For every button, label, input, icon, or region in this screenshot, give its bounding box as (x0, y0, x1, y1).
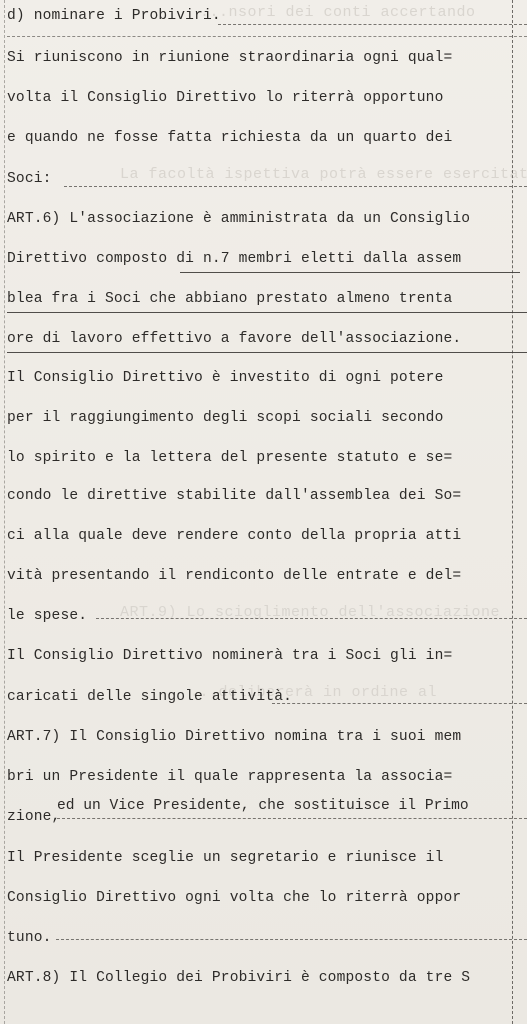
typed-insertion: ed un Vice Presidente, che sostituisce i… (57, 796, 469, 816)
text-line: lo spirito e la lettera del presente sta… (7, 446, 527, 470)
text-line: ci alla quale deve rendere conto della p… (7, 524, 527, 548)
text-line: Consiglio Direttivo ogni volta che lo ri… (7, 886, 527, 910)
text-line: Soci: (7, 167, 527, 191)
dashed-rule (7, 36, 527, 37)
text-line: ore di lavoro effettivo a favore dell'as… (7, 327, 527, 351)
fill-dash (218, 24, 527, 25)
text-line: Si riuniscono in riunione straordinaria … (7, 46, 527, 70)
fill-dash (272, 703, 527, 704)
right-margin-line (512, 0, 513, 1024)
text-line: tuno. (7, 926, 527, 950)
text-line: caricati delle singole attività. (7, 685, 527, 709)
text-line: Direttivo composto di n.7 membri eletti … (7, 247, 527, 271)
text-line: condo le direttive stabilite dall'assemb… (7, 484, 527, 508)
text-line: per il raggiungimento degli scopi social… (7, 406, 527, 430)
underline-rule (7, 312, 527, 313)
text-line: volta il Consiglio Direttivo lo riterrà … (7, 86, 527, 110)
text-line: e quando ne fosse fatta richiesta da un … (7, 126, 527, 150)
left-margin-line (4, 0, 5, 1024)
text-line: blea fra i Soci che abbiano prestato alm… (7, 287, 527, 311)
text-line: vità presentando il rendiconto delle ent… (7, 564, 527, 588)
text-line: Il Consiglio Direttivo nominerà tra i So… (7, 644, 527, 668)
document-page: ...nsori dei conti accertando La facoltà… (0, 0, 527, 1024)
text-line: Il Consiglio Direttivo è investito di og… (7, 366, 527, 390)
underline-rule (180, 272, 520, 273)
text-line: bri un Presidente il quale rappresenta l… (7, 765, 527, 789)
underline-rule (7, 352, 527, 353)
fill-dash (56, 939, 527, 940)
text-line: le spese. (7, 604, 527, 628)
text-line: Il Presidente sceglie un segretario e ri… (7, 846, 527, 870)
fill-dash (64, 186, 527, 187)
text-line: ART.6) L'associazione è amministrata da … (7, 207, 527, 231)
text-line: ART.8) Il Collegio dei Probiviri è compo… (7, 966, 527, 990)
text-line: ART.7) Il Consiglio Direttivo nomina tra… (7, 725, 527, 749)
fill-dash (57, 818, 527, 819)
fill-dash (96, 618, 527, 619)
